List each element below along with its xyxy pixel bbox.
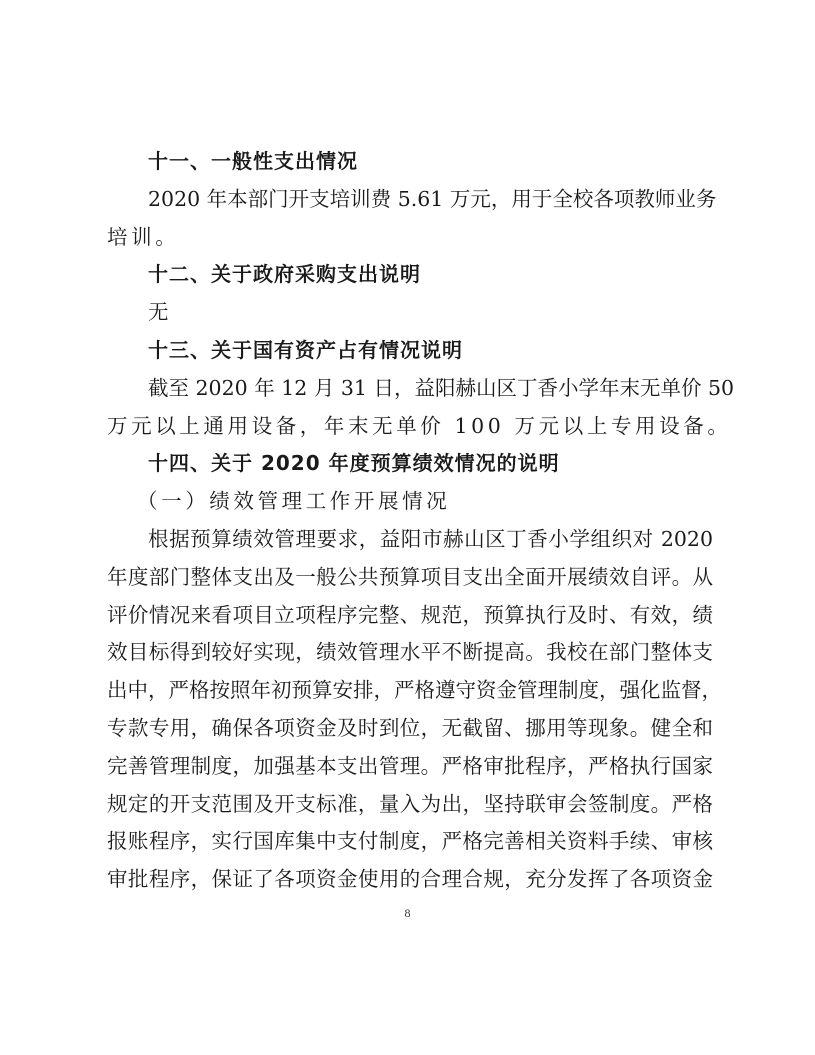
paragraph-line: 效目标得到较好实现，绩效管理水平不断提高。我校在部门整体支 [107,634,713,672]
paragraph-line: 审批程序，保证了各项资金使用的合理合规，充分发挥了各项资金 [107,861,713,899]
page-content: 十一、一般性支出情况 2020 年本部门开支培训费 5.61 万元，用于全校各项… [107,143,713,899]
page-number: 8 [0,906,815,921]
paragraph-line: 无 [107,294,713,332]
paragraph-line: 规定的开支范围及开支标准，量入为出，坚持联审会签制度。严格 [107,786,713,824]
document-page: 十一、一般性支出情况 2020 年本部门开支培训费 5.61 万元，用于全校各项… [0,0,815,1055]
paragraph-line: 评价情况来看项目立项程序完整、规范，预算执行及时、有效，绩 [107,597,713,635]
section-heading-13: 十三、关于国有资产占有情况说明 [107,332,713,370]
paragraph-line: 培训。 [107,219,713,257]
paragraph-line: 完善管理制度，加强基本支出管理。严格审批程序，严格执行国家 [107,748,713,786]
paragraph-line: 报账程序，实行国库集中支付制度，严格完善相关资料手续、审核 [107,823,713,861]
subsection-heading: （一）绩效管理工作开展情况 [107,483,713,521]
section-heading-14: 十四、关于 2020 年度预算绩效情况的说明 [107,445,713,483]
paragraph-line: 年度部门整体支出及一般公共预算项目支出全面开展绩效自评。从 [107,559,713,597]
paragraph-line: 专款专用，确保各项资金及时到位，无截留、挪用等现象。健全和 [107,710,713,748]
section-heading-11: 十一、一般性支出情况 [107,143,713,181]
paragraph-line: 万元以上通用设备，年末无单价 100 万元以上专用设备。 [107,408,713,446]
paragraph-line: 根据预算绩效管理要求，益阳市赫山区丁香小学组织对 2020 [107,521,713,559]
section-heading-12: 十二、关于政府采购支出说明 [107,256,713,294]
paragraph-line: 出中，严格按照年初预算安排，严格遵守资金管理制度，强化监督， [107,672,713,710]
paragraph-line: 2020 年本部门开支培训费 5.61 万元，用于全校各项教师业务 [107,181,713,219]
paragraph-line: 截至 2020 年 12 月 31 日，益阳赫山区丁香小学年末无单价 50 [107,370,713,408]
